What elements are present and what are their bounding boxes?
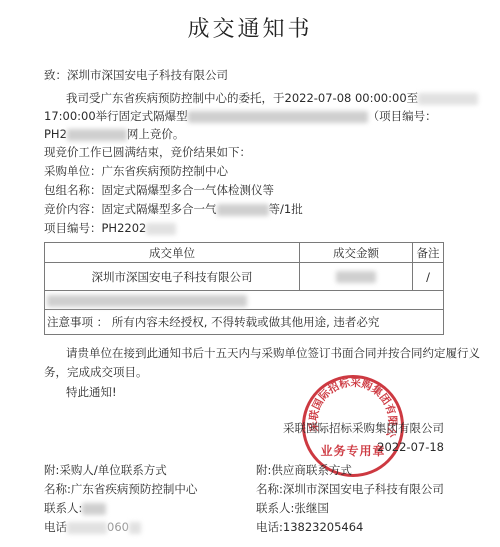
- intro-line-3: PH2网上竞价。: [44, 126, 184, 142]
- redacted-row-cell: [45, 291, 444, 310]
- paragraph-line-2: 务，完成成交项目。: [44, 364, 148, 380]
- recipient-line: 致：深圳市深国安电子科技有限公司: [44, 67, 228, 83]
- signature-date: 2022-07-18: [377, 440, 444, 454]
- intro-text-1: 我司受广东省疾病预防控制中心的委托，于2022-07-08 00:00:00至: [66, 91, 418, 105]
- result-table: 成交单位 成交金额 备注 深圳市深国安电子科技有限公司 / 注意事项 ： 所有内…: [44, 242, 444, 335]
- signature-company: 采联国际招标采购集团有限公司: [283, 420, 444, 436]
- table-header-row: 成交单位 成交金额 备注: [45, 243, 444, 263]
- purchaser-contact-person: 联系人:: [44, 500, 106, 516]
- cell-amount: [300, 263, 413, 291]
- page-title: 成交通知书: [0, 12, 500, 43]
- redacted-block: [82, 503, 106, 515]
- supplier-phone: 电话:13823205464: [256, 519, 363, 535]
- intro-line-2: 17:00:00举行固定式隔爆型（项目编号：: [44, 108, 437, 124]
- field-value-suffix: 等/1批: [269, 202, 303, 216]
- cell-note: /: [413, 263, 444, 291]
- closing-text: 特此通知!: [66, 384, 117, 400]
- header-note: 备注: [413, 243, 444, 263]
- table-notice-row: 注意事项 ： 所有内容未经授权, 不得转载或做其他用途, 违者必究: [45, 310, 444, 335]
- phone-label: 电话: [44, 520, 67, 534]
- field-project-number: 项目编号：PH2202: [44, 220, 176, 236]
- field-value: 广东省疾病预防控制中心: [102, 164, 229, 178]
- phone-partial: 060: [107, 520, 129, 534]
- header-amount: 成交金额: [300, 243, 413, 263]
- redacted-block: [67, 522, 107, 534]
- notice-cell: 注意事项 ： 所有内容未经授权, 不得转载或做其他用途, 违者必究: [45, 310, 444, 335]
- table-redacted-row: [45, 291, 444, 310]
- intro-text-3: PH2: [44, 127, 67, 141]
- table-row: 深圳市深国安电子科技有限公司 /: [45, 263, 444, 291]
- field-label: 包组名称：: [44, 183, 102, 197]
- redacted-block: [129, 522, 141, 534]
- purchaser-name: 名称:广东省疾病预防控制中心: [44, 481, 197, 497]
- cell-unit: 深圳市深国安电子科技有限公司: [45, 263, 300, 291]
- field-value: 固定式隔爆型多合一气: [102, 202, 217, 216]
- recipient-prefix: 致：: [44, 68, 67, 82]
- redacted-block: [146, 223, 176, 235]
- field-label: 项目编号：: [44, 221, 102, 235]
- field-purchaser: 采购单位：广东省疾病预防控制中心: [44, 163, 228, 179]
- field-value: 固定式隔爆型多合一气体检测仪等: [102, 183, 275, 197]
- purchaser-contact-heading: 附:采购人/单位联系方式: [44, 462, 167, 478]
- supplier-contact-person: 联系人:张继国: [256, 500, 329, 516]
- field-label: 竞价内容：: [44, 202, 102, 216]
- supplier-contact-heading: 附:供应商联系方式: [256, 462, 352, 478]
- redacted-block: [47, 295, 247, 307]
- intro-text-3b: 网上竞价。: [127, 127, 185, 141]
- redacted-block: [188, 111, 368, 123]
- redacted-block: [67, 129, 127, 141]
- redacted-block: [418, 93, 478, 105]
- supplier-name: 名称:深圳市深国安电子科技有限公司: [256, 481, 444, 497]
- intro-text-2: 17:00:00举行固定式隔爆型: [44, 109, 188, 123]
- header-unit: 成交单位: [45, 243, 300, 263]
- intro-line-1: 我司受广东省疾病预防控制中心的委托，于2022-07-08 00:00:00至: [66, 90, 478, 106]
- purchaser-phone: 电话060: [44, 519, 141, 535]
- recipient-name: 深圳市深国安电子科技有限公司: [67, 68, 228, 82]
- paragraph-line-1: 请贵单位在接到此通知书后十五天内与采购单位签订书面合同并按合同约定履行义: [66, 345, 480, 361]
- field-value: PH2202: [102, 221, 147, 235]
- result-intro: 现竞价工作已圆满结束，竞价结果如下：: [44, 144, 251, 160]
- redacted-block: [217, 204, 269, 216]
- field-bid-content: 竞价内容：固定式隔爆型多合一气等/1批: [44, 201, 303, 217]
- redacted-amount: [336, 271, 376, 283]
- field-package-name: 包组名称：固定式隔爆型多合一气体检测仪等: [44, 182, 274, 198]
- contact-label: 联系人:: [44, 501, 82, 515]
- intro-text-2b: （项目编号：: [368, 109, 437, 123]
- field-label: 采购单位：: [44, 164, 102, 178]
